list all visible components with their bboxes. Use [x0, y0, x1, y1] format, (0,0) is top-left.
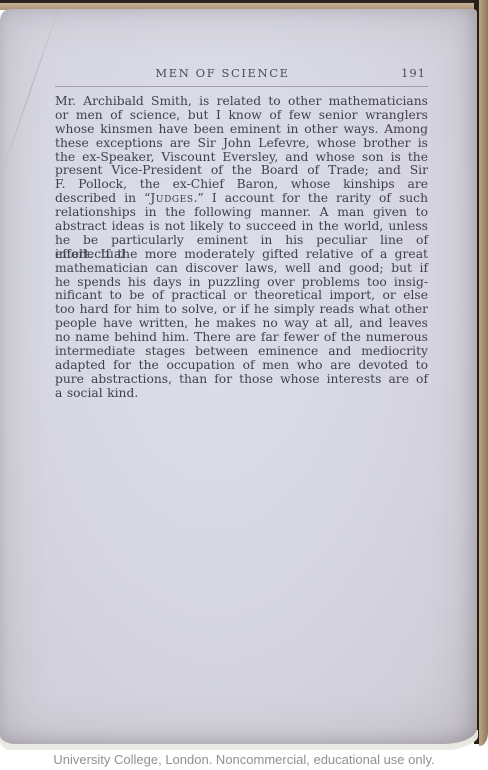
text-line: he spends his days in puzzling over prob… [55, 276, 428, 290]
text-line: present Vice-President of the Board of T… [55, 164, 428, 178]
text-line: Mr. Archibald Smith, is related to other… [55, 95, 428, 109]
text-line: nificant to be of practical or theoretic… [55, 289, 428, 303]
page-crease [0, 0, 62, 180]
header-rule [55, 86, 428, 87]
text-line: too hard for him to solve, or if he simp… [55, 303, 428, 317]
printed-content: MEN OF SCIENCE 191 Mr. Archibald Smith, … [55, 9, 428, 744]
text-line: adapted for the occupation of men who ar… [55, 359, 428, 373]
caption-strip: University College, London. Noncommercia… [0, 750, 488, 770]
page-header: MEN OF SCIENCE 191 [55, 66, 428, 81]
page-text: Mr. Archibald Smith, is related to other… [55, 95, 428, 401]
text-line: F. Pollock, the ex-Chief Baron, whose ki… [55, 178, 428, 192]
smallcaps-judges: Judges [150, 191, 193, 205]
text-line: no name behind him. There are far fewer … [55, 331, 428, 345]
text-line: whose kinsmen have been eminent in other… [55, 123, 428, 137]
text-line: intermediate stages between eminence and… [55, 345, 428, 359]
book-page-stack-edge-right [479, 0, 488, 746]
book-page: MEN OF SCIENCE 191 Mr. Archibald Smith, … [0, 9, 477, 744]
screenshot-root: MEN OF SCIENCE 191 Mr. Archibald Smith, … [0, 0, 488, 770]
text-line: a social kind. [55, 387, 428, 401]
text-line: abstract ideas is not likely to succeed … [55, 220, 428, 234]
running-head: MEN OF SCIENCE [55, 66, 428, 80]
text-line: these exceptions are Sir John Lefevre, w… [55, 137, 428, 151]
text-line-judges: described in “Judges.” I account for the… [55, 192, 428, 206]
text-line: pure abstractions, than for those whose … [55, 373, 428, 387]
text-line: mathematician can discover laws, well an… [55, 262, 428, 276]
page-number: 191 [401, 66, 426, 80]
text-line: he be particularly eminent in his peculi… [55, 234, 428, 248]
text-line: effort. If the more moderately gifted re… [55, 248, 428, 262]
text-line: people have written, he makes no way at … [55, 317, 428, 331]
text-segment: described in “ [55, 191, 150, 205]
attribution-caption: University College, London. Noncommercia… [0, 752, 488, 767]
text-line: or men of science, but I know of few sen… [55, 109, 428, 123]
text-line: relationships in the following manner. A… [55, 206, 428, 220]
text-segment: .” I account for the rarity of such [194, 191, 428, 205]
text-line: the ex-Speaker, Viscount Eversley, and w… [55, 151, 428, 165]
